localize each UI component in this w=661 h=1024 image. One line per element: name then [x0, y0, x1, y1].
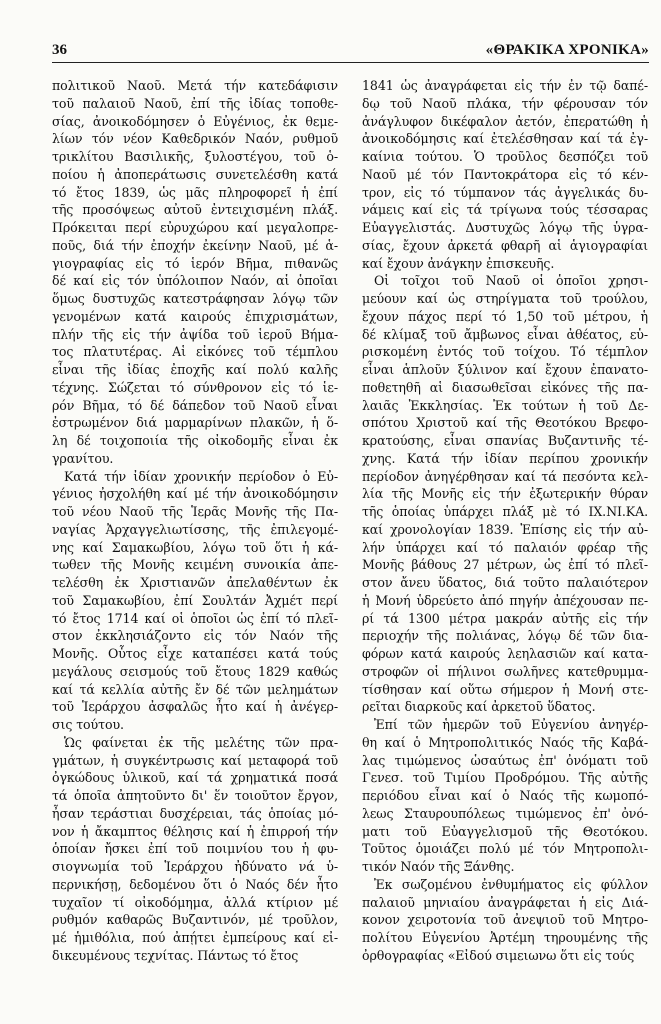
text-line: τρικλίτου Βασιλικῆς, ξυλοστέγου, τοῦ ὁ-	[52, 148, 338, 166]
text-line: τικόν Ναόν τῆς Ξάνθης.	[362, 858, 648, 876]
left-column: πολιτικοῦ Ναοῦ. Μετά τήν κατεδάφισιντοῦ …	[52, 77, 338, 965]
text-line: τῆς προσόψεως αὐτοῦ ἐντειχισμένη πλάξ.	[52, 201, 338, 219]
text-line: Εὐαγγελιστάς. Δυστυχῶς λόγῳ τῆς ὑγρα-	[362, 219, 648, 237]
text-line: Ναοῦ μέ τόν Παντοκράτορα εἰς τό κέν-	[362, 166, 648, 184]
text-line: ὁποίαν ἤσκει ἐπί τοῦ ποιμνίου του ἡ φυ-	[52, 840, 338, 858]
text-line: τά ὁποῖα ἀπητοῦντο δι' ἕν τοιοῦτον ἔργον…	[52, 787, 338, 805]
text-line: γένιος ἠσχολήθη καί μέ τήν ἀνοικοδόμησιν	[52, 485, 338, 503]
text-line: κρατούσης, εἶναι σπανίας Βυζαντινῆς τέ-	[362, 432, 648, 450]
text-line: ὀρθογραφίας «Εἰδού σιμειωνω ὅτι εἰς τούς	[362, 947, 648, 965]
text-line: ματι τοῦ Εὐαγγελισμοῦ τῆς Θεοτόκου.	[362, 823, 648, 841]
text-line: ὀγκώδους ὑλικοῦ, καί τά χρηματικά ποσά	[52, 769, 338, 787]
text-line: Ἐκ σωζομένου ἐνθυμήματος εἰς φύλλον	[362, 876, 648, 894]
text-line: μεύουν καί ὡς στηρίγματα τοῦ τρούλου,	[362, 290, 648, 308]
text-line: καίνια τούτου. Ὁ τροῦλος δεσπόζει τοῦ	[362, 148, 648, 166]
text-line: ρισκομένη ἐντός τοῦ τοίχου. Τό τέμπλον	[362, 343, 648, 361]
text-line: λία τῆς Μονῆς εἰς τήν ἐξωτερικήν θύραν	[362, 485, 648, 503]
text-line: δέ κλίμαξ τοῦ ἄμβωνος εἶναι ἀθέατος, εὑ-	[362, 326, 648, 344]
running-title: «ΘΡΑΚΙΚΑ ΧΡΟΝΙΚΑ»	[486, 42, 649, 59]
text-line: δῳ τοῦ Ναοῦ πλάκα, τήν φέρουσαν τόν	[362, 95, 648, 113]
text-line: εἶναι ἁπλοῦν ξύλινον καί ἔχουν ἐπανατο-	[362, 361, 648, 379]
text-line: λη δέ τοιχοποιία τῆς οἰκοδομῆς εἶναι ἐκ	[52, 432, 338, 450]
text-line: στον ἄνευ ὕδατος, διά τοῦτο παλαιότερον	[362, 574, 648, 592]
text-line: τος πλατυτέρας. Αἱ εἰκόνες τοῦ τέμπλου	[52, 343, 338, 361]
page-number: 36	[52, 42, 67, 59]
text-line: γενομένων κατά καιρούς ἐπιχρισμάτων,	[52, 308, 338, 326]
text-line: σιογνωμία τοῦ Ἱεράρχου ἠδύνατο νά ὑ-	[52, 858, 338, 876]
text-line: κονον χειροτονία τοῦ ἀνεψιοῦ τοῦ Μητρο-	[362, 911, 648, 929]
text-line: ἐστρωμένον διά μαρμαρίνων πλακῶν, ἡ ὅ-	[52, 414, 338, 432]
text-line: ρυθμόν καθαρῶς Βυζαντινόν, μέ τροῦλον,	[52, 911, 338, 929]
text-line: τοῦ παλαιοῦ Ναοῦ, ἐπί τῆς ἰδίας τοποθε-	[52, 95, 338, 113]
text-line: νάμεις καί εἰς τά τρίγωνα τούς τέσσαρας	[362, 201, 648, 219]
text-line: λήν ὑπάρχει καί τό παλαιόν φρέαρ τῆς	[362, 539, 648, 557]
text-line: φόρων κατά καιρούς λεηλασιῶν καί κατα-	[362, 645, 648, 663]
text-line: σπότου Χριστοῦ καί τῆς Θεοτόκου Βρεφο-	[362, 414, 648, 432]
text-line: στον ἐκκλησιάζοντο εἰς τόν Ναόν τῆς	[52, 627, 338, 645]
text-line: Ὡς φαίνεται ἐκ τῆς μελέτης τῶν πρα-	[52, 734, 338, 752]
text-line: περίοδον ἀνηγέρθησαν καί τά πεσόντα κελ-	[362, 468, 648, 486]
text-line: τοῦ Σαμακωβίου, ἐπί Σουλτάν Ἀχμέτ περί	[52, 592, 338, 610]
text-line: στροφῶν οἱ πήλινοι σωλῆνες κατεθρυμμα-	[362, 663, 648, 681]
text-line: νης καί Σαμακωβίου, λόγω τοῦ ὅτι ἡ κά-	[52, 539, 338, 557]
text-line: λίων τόν νέον Καθεδρικόν Ναόν, ρυθμοῦ	[52, 130, 338, 148]
text-line: ρόν Βῆμα, τό δέ δάπεδον τοῦ Ναοῦ εἶναι	[52, 397, 338, 415]
text-line: 1841 ὡς ἀναγράφεται εἰς τήν ἐν τῷ δαπέ-	[362, 77, 648, 95]
text-line: περνικήσῃ, δεδομένου ὅτι ὁ Ναός δέν ἦτο	[52, 876, 338, 894]
text-line: τό ἔτος 1714 καί οἱ ὁποῖοι ὡς ἐπί τό πλε…	[52, 610, 338, 628]
text-line: περιόδου εἶναι καί ὁ Ναός τῆς κωμοπό-	[362, 787, 648, 805]
text-line: εἶναι τῆς ἰδίας ἐποχῆς καί πολύ καλῆς	[52, 361, 338, 379]
text-line: πολιτικοῦ Ναοῦ. Μετά τήν κατεδάφισιν	[52, 77, 338, 95]
text-line: τοῦ Ἱεράρχου ἀσφαλῶς ἦτο καί ἡ ἀνέγερ-	[52, 698, 338, 716]
text-line: καί τά κελλία αὐτῆς ἔν δέ τῶν μελημάτων	[52, 681, 338, 699]
text-line: τωθεν τῆς Μονῆς κειμένη συνοικία ἀπε-	[52, 556, 338, 574]
text-line: ἡ Μονή ὑδρεύετο ἀπό πηγήν ἀπέχουσαν πε-	[362, 592, 648, 610]
text-line: Μονῆς. Οὗτος εἶχε καταπέσει κατά τούς	[52, 645, 338, 663]
text-line: Ἐπί τῶν ἡμερῶν τοῦ Εὐγενίου ἀνηγέρ-	[362, 716, 648, 734]
text-line: Οἱ τοῖχοι τοῦ Ναοῦ οἱ ὁποῖοι χρησι-	[362, 272, 648, 290]
text-line: τέχνης. Σώζεται τό σύνθρονον εἰς τό ἱε-	[52, 379, 338, 397]
text-line: γιογραφίας εἰς τό ἱερόν Βῆμα, πιθανῶς	[52, 255, 338, 273]
text-line: ἀνάγλυφον δικέφαλον ἀετόν, ἐπερατώθη ἡ	[362, 113, 648, 131]
text-line: Μονῆς βάθους 27 μέτρων, ὡς ἐπί τό πλεῖ-	[362, 556, 648, 574]
text-line: ἀνοικοδόμησις καί ἐτελέσθησαν καί τά ἐγ-	[362, 130, 648, 148]
text-line: δικευμένους τεχνίτας. Πάντως τό ἔτος	[52, 947, 338, 965]
text-line: Κατά τήν ἰδίαν χρονικήν περίοδον ὁ Εὐ-	[52, 468, 338, 486]
text-line: θη καί ὁ Μητροπολιτικός Ναός τῆς Καβά-	[362, 734, 648, 752]
text-line: λας τιμώμενος ὡσαύτως ἐπ' ὀνόματι τοῦ	[362, 752, 648, 770]
text-line: περιοχήν τῆς πολιάνας, λόγῳ δέ τῶν δια-	[362, 627, 648, 645]
text-line: γμάτων, ἡ συγκέντρωσις καί μεταφορά τοῦ	[52, 752, 338, 770]
text-line: γρανίτου.	[52, 450, 338, 468]
text-line: Πρόκειται περί εὐρυχώρου καί μεγαλοπρε-	[52, 219, 338, 237]
text-line: ὅμως δυστυχῶς κατεστράφησαν λόγῳ τῶν	[52, 290, 338, 308]
text-line: καί ἔχουν ἀνάγκην ἐπισκευῆς.	[362, 255, 648, 273]
text-line: πολίτου Εὐγενίου Ἀρτέμη τηρουμένης τῆς	[362, 929, 648, 947]
text-line: Τοῦτος ὁμοιάζει πολύ μέ τόν Μητροπολι-	[362, 840, 648, 858]
text-line: νον ἡ ἄκαμπτος θέλησις καί ἡ ἐπιρροή τήν	[52, 823, 338, 841]
text-line: ἔχουν πάχος περί τό 1,50 τοῦ μέτρου, ἡ	[362, 308, 648, 326]
text-line: τυχαῖον τί οἰκοδόμημα, ἀλλά κτίριον μέ	[52, 894, 338, 912]
text-line: καί χρονολογίαν 1839. Ἐπίσης εἰς τήν αὐ-	[362, 521, 648, 539]
text-line: παλαιοῦ μηνιαίου ἀναγράφεται ἡ εἰς Διά-	[362, 894, 648, 912]
text-line: μέ ἡμιθόλια, πού ἀπῄτει ἐμπείρους καί εἰ…	[52, 929, 338, 947]
text-line: τοῦ νέου Ναοῦ τῆς Ἱερᾶς Μονῆς τῆς Πα-	[52, 503, 338, 521]
text-line: ρεῖται διαρκοῦς καί ἀρκετοῦ ὕδατος.	[362, 698, 648, 716]
text-line: μεγάλους σεισμούς τοῦ ἔτους 1829 καθώς	[52, 663, 338, 681]
text-line: τό ἔτος 1839, ὡς μᾶς πληροφορεῖ ἡ ἐπί	[52, 184, 338, 202]
text-line: τελέσθη ἐκ Χριστιανῶν ἀπελαθέντων ἐκ	[52, 574, 338, 592]
text-line: δέ καί εἰς τόν ὑπόλοιπον Ναόν, αἱ ὁποῖαι	[52, 272, 338, 290]
text-line: σις τούτου.	[52, 716, 338, 734]
text-line: ποῦς, διά τήν ἐποχήν ἐκείνην Ναοῦ, μέ ἁ-	[52, 237, 338, 255]
running-header: 36 «ΘΡΑΚΙΚΑ ΧΡΟΝΙΚΑ»	[52, 34, 649, 63]
text-line: ποθετηθῆ αἱ διασωθεῖσαι εἰκόνες τῆς πα-	[362, 379, 648, 397]
text-line: ποίου ἡ ἀποπεράτωσις συνετελέσθη κατά	[52, 166, 338, 184]
text-line: ναγίας Ἀρχαγγελιωτίσσης, τῆς ἐπιλεγομέ-	[52, 521, 338, 539]
text-line: τῆς ὁποίας ὑπάρχει πλάξ μὲ τό ΙΧ.ΝΙ.ΚΑ.	[362, 503, 648, 521]
text-line: Γενεσ. τοῦ Τιμίου Προδρόμου. Τῆς αὐτῆς	[362, 769, 648, 787]
text-line: τίσθησαν καί οὕτω σήμερον ἡ Μονή στε-	[362, 681, 648, 699]
text-line: πλήν τῆς εἰς τήν ἀψίδα τοῦ ἱεροῦ Βήμα-	[52, 326, 338, 344]
right-column: 1841 ὡς ἀναγράφεται εἰς τήν ἐν τῷ δαπέ-δ…	[362, 77, 648, 965]
text-line: σίας, ἔχουν ἀρκετά φθαρῆ αἱ ἁγιογραφίαι	[362, 237, 648, 255]
text-line: σίας, ἀνοικοδόμησεν ὁ Εὐγένιος, ἐκ θεμε-	[52, 113, 338, 131]
text-line: λαιᾶς Ἐκκλησίας. Ἐκ τούτων ἡ τοῦ Δε-	[362, 397, 648, 415]
text-line: λεως Σταυρουπόλεως τιμώμενος ἐπ' ὀνό-	[362, 805, 648, 823]
text-line: τρον, εἰς τό τύμπανον τάς ἀγγελικάς δυ-	[362, 184, 648, 202]
text-line: χνης. Κατά τήν ἰδίαν περίπου χρονικήν	[362, 450, 648, 468]
text-line: ἦσαν τεράστιαι δυσχέρειαι, τάς ὁποίας μό…	[52, 805, 338, 823]
text-line: ρί τά 1300 μέτρα μακράν αὐτῆς εἰς τήν	[362, 610, 648, 628]
